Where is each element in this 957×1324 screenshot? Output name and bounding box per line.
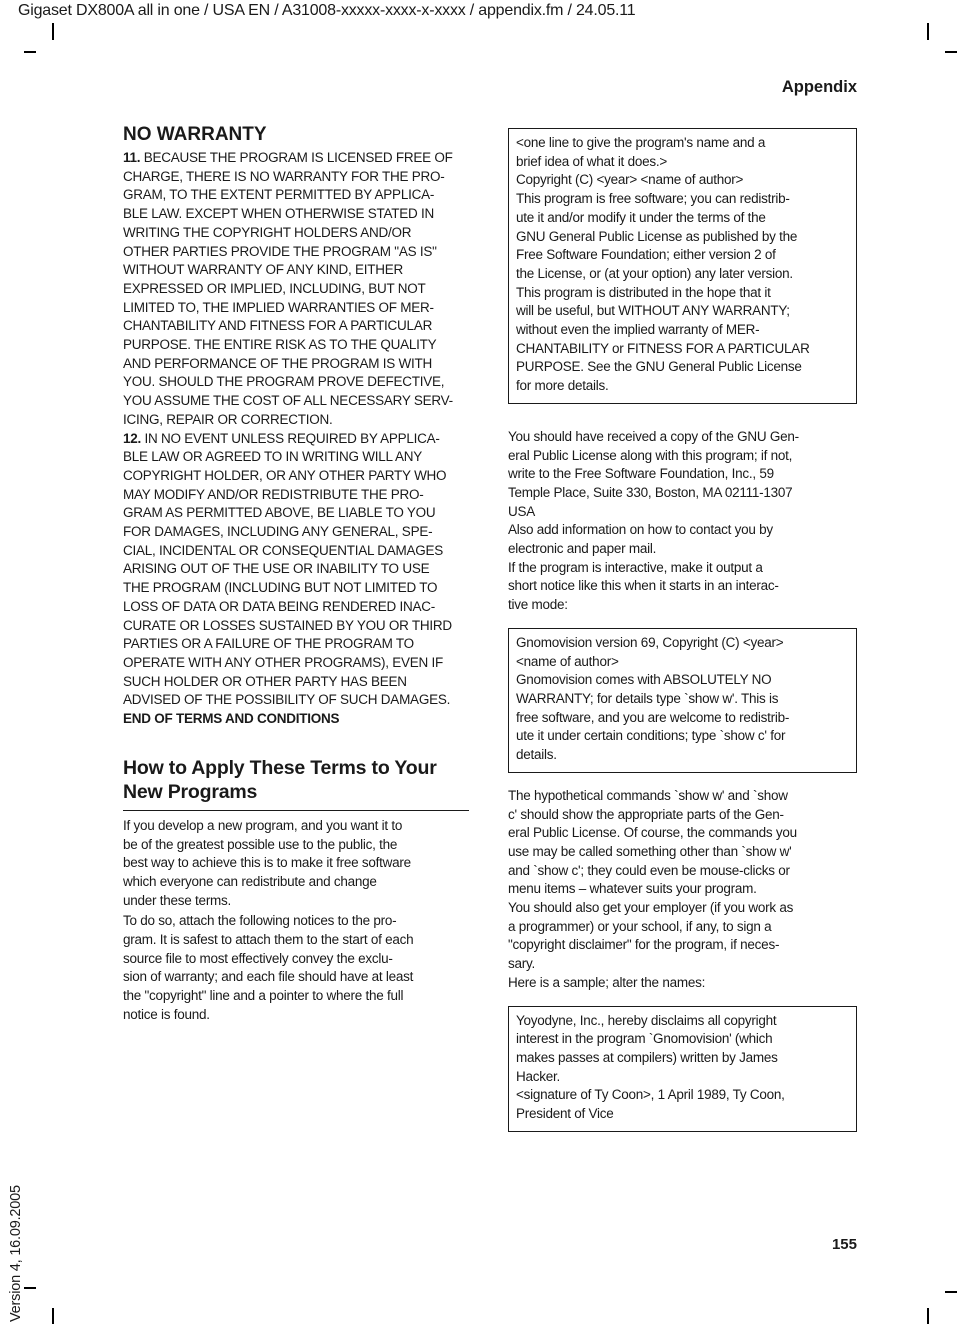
paragraph-sample-intro: Here is a sample; alter the names: bbox=[508, 974, 857, 993]
crop-mark-bottom-right-horizontal bbox=[945, 1291, 957, 1293]
apply-paragraph-1: If you develop a new program, and you wa… bbox=[123, 817, 469, 911]
end-of-terms-line: END OF TERMS AND CONDITIONS bbox=[123, 710, 469, 729]
version-note: Version 4, 16.09.2005 bbox=[8, 1185, 24, 1322]
crop-mark-top-left-vertical bbox=[52, 23, 54, 40]
left-column: NO WARRANTY 11. BECAUSE THE PROGRAM IS L… bbox=[123, 124, 469, 1025]
crop-mark-top-left-horizontal bbox=[24, 51, 36, 53]
document-info-header: Gigaset DX800A all in one / USA EN / A31… bbox=[18, 2, 635, 20]
page-number: 155 bbox=[508, 1236, 857, 1253]
crop-mark-bottom-left-horizontal bbox=[24, 1287, 36, 1289]
crop-mark-bottom-left-vertical bbox=[52, 1308, 54, 1324]
paragraph-interactive-mode: If the program is interactive, make it o… bbox=[508, 559, 857, 615]
clause-11-text: BECAUSE THE PROGRAM IS LICENSED FREE OF … bbox=[123, 150, 453, 427]
right-column: <one line to give the program's name and… bbox=[508, 128, 857, 1132]
paragraph-gpl-copy: You should have received a copy of the G… bbox=[508, 428, 857, 522]
manual-page: Gigaset DX800A all in one / USA EN / A31… bbox=[0, 0, 957, 1324]
license-notice-box: <one line to give the program's name and… bbox=[508, 128, 857, 404]
clause-12-text: IN NO EVENT UNLESS REQUIRED BY APPLICA- … bbox=[123, 431, 452, 708]
crop-mark-top-right-vertical bbox=[927, 23, 929, 40]
clause-11-paragraph: 11. BECAUSE THE PROGRAM IS LICENSED FREE… bbox=[123, 149, 469, 430]
yoyodyne-disclaimer-box: Yoyodyne, Inc., hereby disclaims all cop… bbox=[508, 1006, 857, 1132]
clause-12-number: 12. bbox=[123, 431, 141, 446]
section-title: Appendix bbox=[508, 78, 857, 97]
clause-12-paragraph: 12. IN NO EVENT UNLESS REQUIRED BY APPLI… bbox=[123, 430, 469, 711]
gnomovision-notice-box: Gnomovision version 69, Copyright (C) <y… bbox=[508, 628, 857, 773]
how-to-apply-heading: How to Apply These Terms to Your New Pro… bbox=[123, 756, 469, 811]
crop-mark-bottom-right-vertical bbox=[927, 1308, 929, 1324]
no-warranty-heading: NO WARRANTY bbox=[123, 124, 469, 146]
paragraph-employer-disclaimer: You should also get your employer (if yo… bbox=[508, 899, 857, 974]
paragraph-hypothetical-commands: The hypothetical commands `show w' and `… bbox=[508, 787, 857, 899]
clause-11-number: 11. bbox=[123, 150, 140, 165]
apply-paragraph-2: To do so, attach the following notices t… bbox=[123, 912, 469, 1024]
crop-mark-top-right-horizontal bbox=[945, 51, 957, 53]
paragraph-contact-info: Also add information on how to contact y… bbox=[508, 521, 857, 558]
